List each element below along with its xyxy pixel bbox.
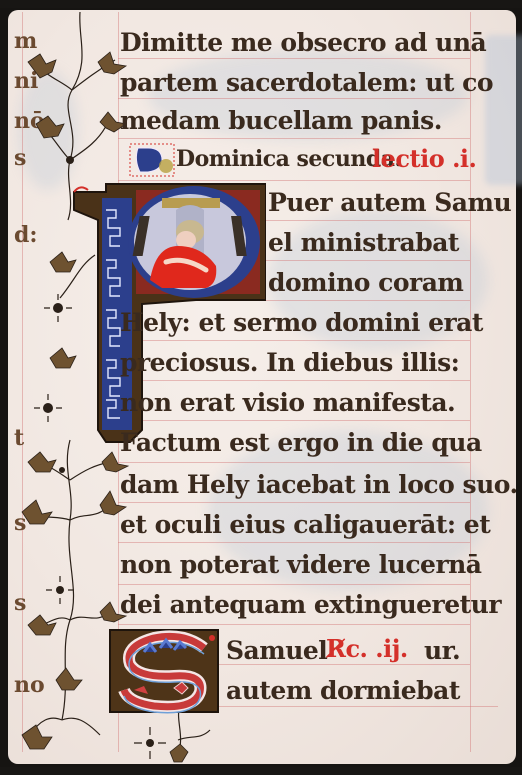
text-line: autem dormiebat — [226, 676, 460, 705]
rubric-heading: Dominica secunda. — [176, 146, 402, 172]
initial-d — [128, 142, 176, 178]
text-line: Puer autem Samu — [268, 188, 511, 217]
text-line: domino coram — [268, 268, 463, 297]
text-line: el ministrabat — [268, 228, 459, 257]
text-line: et oculi eius caligauerāt: et — [120, 510, 490, 539]
text-line: Dimitte me obsecro ad unā — [120, 28, 486, 57]
text-line: Hely: et sermo domini erat — [120, 308, 483, 337]
text-line: dam Hely iacebat in loco suo. — [120, 470, 518, 499]
responsory-rubric: R̸c. .ij. — [326, 634, 408, 663]
text-line: Samuel — [226, 636, 327, 665]
text-line: non erat visio manifesta. — [120, 388, 455, 417]
text-line: non poterat videre lucernā — [120, 550, 482, 579]
photo-edge-top — [0, 0, 522, 8]
photo-edge-bottom — [0, 767, 522, 775]
text-line: Factum est ergo in die qua — [120, 428, 482, 457]
text-line: dei antequam extingueretur — [120, 590, 501, 619]
decorated-initial-s — [104, 626, 222, 716]
text-line: preciosus. In diebus illis: — [120, 348, 459, 377]
text-line: ur. — [424, 636, 460, 665]
text-line: medam bucellam panis. — [120, 106, 442, 135]
lectio-rubric: lectio .i. — [372, 144, 476, 173]
text-line: partem sacerdotalem: ut co — [120, 68, 493, 97]
